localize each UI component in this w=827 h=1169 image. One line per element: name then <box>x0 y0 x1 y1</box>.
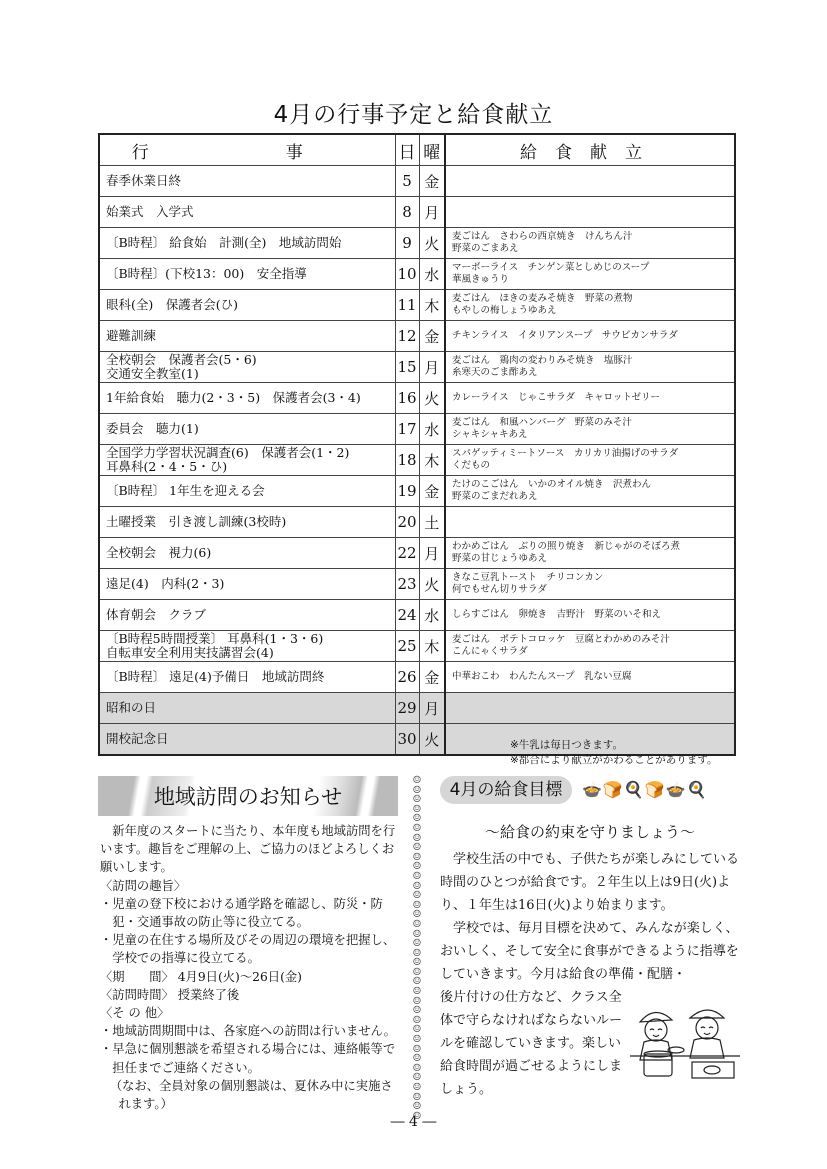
event-cell: 全校朝会 保護者会(5・6)交通安全教室(1) <box>99 352 395 383</box>
time-line: 〈訪問時間〉 授業終了後 <box>100 986 400 1004</box>
table-row: 眼科(全) 保護者会(ひ)11木麦ごはん ほきの麦みそ焼き 野菜の煮物もやしの梅… <box>99 290 735 321</box>
header-menu: 給食献立 <box>445 134 735 166</box>
event-cell: 〔B時程〕 1年生を迎える会 <box>99 476 395 507</box>
event-cell: 土曜授業 引き渡し訓練(3校時) <box>99 507 395 538</box>
day-cell: 11 <box>395 290 419 321</box>
menu-cell <box>445 197 735 228</box>
table-row: 委員会 聴力(1)17水麦ごはん 和風ハンバーグ 野菜のみそ汁シャキシャキあえ <box>99 414 735 445</box>
event-cell: 開校記念日 <box>99 724 395 756</box>
children-serving-illustration <box>630 1000 740 1080</box>
day-cell: 18 <box>395 445 419 476</box>
weekday-cell: 土 <box>419 507 445 538</box>
other-item: ・地域訪問期間中は、各家庭への訪問は行いません。 <box>100 1022 400 1040</box>
weekday-cell: 月 <box>419 538 445 569</box>
table-row: 全校朝会 視力(6)22月わかめごはん ぶりの照り焼き 新じゃがのそぼろ煮野菜の… <box>99 538 735 569</box>
page-number: ― 4 ― <box>0 1114 827 1130</box>
menu-cell: たけのこごはん いかのオイル焼き 沢煮わん野菜のごまだれあえ <box>445 476 735 507</box>
period-value: 4月9日(火)〜26日(金) <box>178 970 302 984</box>
day-cell: 15 <box>395 352 419 383</box>
visit-notice: 新年度のスタートに当たり、本年度も地域訪問を行います。趣旨をご理解の上、ご協力の… <box>100 822 400 1113</box>
weekday-cell: 火 <box>419 228 445 259</box>
weekday-cell: 水 <box>419 259 445 290</box>
lunch-goal-subtitle: 〜給食の約束を守りましょう〜 <box>440 821 740 842</box>
day-cell: 19 <box>395 476 419 507</box>
day-cell: 5 <box>395 166 419 197</box>
menu-cell: 麦ごはん さわらの西京焼き けんちん汁野菜のごまあえ <box>445 228 735 259</box>
weekday-cell: 木 <box>419 631 445 662</box>
other-note: （なお、全員対象の個別懇談は、夏休み中に実施されます。） <box>100 1077 400 1113</box>
schedule-menu-table: 行 事 日 曜 給食献立 春季休業日終5金始業式 入学式8月〔B時程〕 給食始 … <box>98 133 736 756</box>
day-cell: 9 <box>395 228 419 259</box>
menu-cell: しらすごはん 卵焼き 吉野汁 野菜のいそ和え <box>445 600 735 631</box>
event-cell: 春季休業日終 <box>99 166 395 197</box>
goal-para-1: 学校生活の中でも、子供たちが楽しみにしている時間のひとつが給食です。２年生以上は… <box>440 848 740 917</box>
menu-cell: 麦ごはん 和風ハンバーグ 野菜のみそ汁シャキシャキあえ <box>445 414 735 445</box>
weekday-cell: 水 <box>419 600 445 631</box>
note-milk: ※牛乳は毎日つきます。 <box>510 738 717 753</box>
weekday-cell: 月 <box>419 197 445 228</box>
event-cell: 〔B時程5時間授業〕 耳鼻科(1・3・6)自転車安全利用実技講習会(4) <box>99 631 395 662</box>
event-cell: 全国学力学習状況調査(6) 保護者会(1・2)耳鼻科(2・4・5・ひ) <box>99 445 395 476</box>
weekday-cell: 火 <box>419 383 445 414</box>
weekday-cell: 金 <box>419 476 445 507</box>
event-cell: 〔B時程〕 給食始 計測(全) 地域訪問始 <box>99 228 395 259</box>
day-cell: 30 <box>395 724 419 756</box>
day-cell: 16 <box>395 383 419 414</box>
day-cell: 10 <box>395 259 419 290</box>
event-cell: 〔B時程〕(下校13：00) 安全指導 <box>99 259 395 290</box>
menu-cell: スパゲッティミートソース カリカリ油揚げのサラダくだもの <box>445 445 735 476</box>
weekday-cell: 火 <box>419 724 445 756</box>
day-cell: 29 <box>395 693 419 724</box>
weekday-cell: 木 <box>419 290 445 321</box>
event-cell: 始業式 入学式 <box>99 197 395 228</box>
table-row: 始業式 入学式8月 <box>99 197 735 228</box>
table-row: 〔B時程〕 給食始 計測(全) 地域訪問始9火麦ごはん さわらの西京焼き けんち… <box>99 228 735 259</box>
day-cell: 12 <box>395 321 419 352</box>
table-row: 全校朝会 保護者会(5・6)交通安全教室(1)15月麦ごはん 鶏肉の変わりみそ焼… <box>99 352 735 383</box>
time-label: 〈訪問時間〉 <box>100 988 174 1002</box>
smiley-divider: ☺☺☺☺☺☺☺☺☺☺☺☺☺☺☺☺☺☺☺☺☺☺☺☺☺☺☺☺☺☺☺☺☺☺☺☺ <box>410 776 424 1121</box>
header-weekday: 曜 <box>419 134 445 166</box>
food-icons: 🍲🍞🍳🍞🍲🍳 <box>582 780 708 799</box>
table-row: 〔B時程5時間授業〕 耳鼻科(1・3・6)自転車安全利用実技講習会(4)25木麦… <box>99 631 735 662</box>
event-cell: 眼科(全) 保護者会(ひ) <box>99 290 395 321</box>
table-row: 〔B時程〕 1年生を迎える会19金たけのこごはん いかのオイル焼き 沢煮わん野菜… <box>99 476 735 507</box>
menu-cell: カレーライス じゃこサラダ キャロットゼリー <box>445 383 735 414</box>
event-cell: 遠足(4) 内科(2・3) <box>99 569 395 600</box>
other-item: ・早急に個別懇談を希望される場合には、連絡帳等で担任までご連絡ください。 <box>100 1040 400 1076</box>
table-notes: ※牛乳は毎日つきます。 ※都合により献立がかわることがあります。 <box>510 738 717 768</box>
event-cell: 避難訓練 <box>99 321 395 352</box>
page-title: 4月の行事予定と給食献立 <box>0 96 827 129</box>
event-cell: 1年給食始 聴力(2・3・5) 保護者会(3・4) <box>99 383 395 414</box>
header-day: 日 <box>395 134 419 166</box>
weekday-cell: 金 <box>419 662 445 693</box>
table-row: 避難訓練12金チキンライス イタリアンスープ サウビカンサラダ <box>99 321 735 352</box>
event-cell: 〔B時程〕 遠足(4)予備日 地域訪問終 <box>99 662 395 693</box>
weekday-cell: 金 <box>419 166 445 197</box>
day-cell: 26 <box>395 662 419 693</box>
weekday-cell: 木 <box>419 445 445 476</box>
day-cell: 24 <box>395 600 419 631</box>
other-heading: 〈そ の 他〉 <box>100 1004 400 1022</box>
table-row: 〔B時程〕 遠足(4)予備日 地域訪問終26金中華おこわ わんたんスープ 乳ない… <box>99 662 735 693</box>
menu-cell: 中華おこわ わんたんスープ 乳ない豆腐 <box>445 662 735 693</box>
purpose-item: ・児童の登下校における通学路を確認し、防災・防犯・交通事故の防止等に役立てる。 <box>100 895 400 931</box>
weekday-cell: 月 <box>419 693 445 724</box>
day-cell: 22 <box>395 538 419 569</box>
table-row: 1年給食始 聴力(2・3・5) 保護者会(3・4)16火カレーライス じゃこサラ… <box>99 383 735 414</box>
day-cell: 17 <box>395 414 419 445</box>
period-label: 〈期 間〉 <box>100 970 174 984</box>
event-cell: 全校朝会 視力(6) <box>99 538 395 569</box>
menu-cell: きなこ豆乳トースト チリコンカン何でもせん切りサラダ <box>445 569 735 600</box>
lunch-goal-badge: 4月の給食目標 <box>440 776 572 804</box>
day-cell: 23 <box>395 569 419 600</box>
menu-cell <box>445 693 735 724</box>
visit-title: 地域訪問のお知らせ <box>98 781 398 811</box>
table-row: 昭和の日29月 <box>99 693 735 724</box>
day-cell: 25 <box>395 631 419 662</box>
weekday-cell: 火 <box>419 569 445 600</box>
event-cell: 昭和の日 <box>99 693 395 724</box>
event-cell: 体育朝会 クラブ <box>99 600 395 631</box>
table-row: 土曜授業 引き渡し訓練(3校時)20土 <box>99 507 735 538</box>
header-event: 行 事 <box>99 134 395 166</box>
weekday-cell: 月 <box>419 352 445 383</box>
menu-cell: 麦ごはん ほきの麦みそ焼き 野菜の煮物もやしの梅しょうゆあえ <box>445 290 735 321</box>
table-row: 全国学力学習状況調査(6) 保護者会(1・2)耳鼻科(2・4・5・ひ)18木スパ… <box>99 445 735 476</box>
weekday-cell: 金 <box>419 321 445 352</box>
table-row: 〔B時程〕(下校13：00) 安全指導10水マーボーライス チンゲン菜としめじの… <box>99 259 735 290</box>
purpose-item: ・児童の在住する場所及びその周辺の環境を把握し、学校での指導に役立てる。 <box>100 931 400 967</box>
table-row: 遠足(4) 内科(2・3)23火きなこ豆乳トースト チリコンカン何でもせん切りサ… <box>99 569 735 600</box>
weekday-cell: 水 <box>419 414 445 445</box>
goal-para-2b: 後片付けの仕方など、クラス全体で守らなければならないルールを確認していきます。楽… <box>440 986 625 1101</box>
menu-cell: 麦ごはん ポテトコロッケ 豆腐とわかめのみそ汁こんにゃくサラダ <box>445 631 735 662</box>
event-cell: 委員会 聴力(1) <box>99 414 395 445</box>
table-row: 体育朝会 クラブ24水しらすごはん 卵焼き 吉野汁 野菜のいそ和え <box>99 600 735 631</box>
table-row: 春季休業日終5金 <box>99 166 735 197</box>
menu-cell <box>445 166 735 197</box>
menu-cell: マーボーライス チンゲン菜としめじのスープ華風きゅうり <box>445 259 735 290</box>
menu-cell: わかめごはん ぶりの照り焼き 新じゃがのそぼろ煮野菜の甘じょうゆあえ <box>445 538 735 569</box>
visit-intro: 新年度のスタートに当たり、本年度も地域訪問を行います。趣旨をご理解の上、ご協力の… <box>100 822 400 877</box>
menu-cell <box>445 507 735 538</box>
goal-para-2a: 学校では、毎月目標を決めて、みんなが楽しく、おいしく、そして安全に食事ができるよ… <box>440 917 740 986</box>
day-cell: 8 <box>395 197 419 228</box>
menu-cell: チキンライス イタリアンスープ サウビカンサラダ <box>445 321 735 352</box>
menu-cell: 麦ごはん 鶏肉の変わりみそ焼き 塩豚汁糸寒天のごま酢あえ <box>445 352 735 383</box>
period-line: 〈期 間〉 4月9日(火)〜26日(金) <box>100 968 400 986</box>
purpose-heading: 〈訪問の趣旨〉 <box>100 877 400 895</box>
day-cell: 20 <box>395 507 419 538</box>
time-value: 授業終了後 <box>178 988 240 1002</box>
note-menu-change: ※都合により献立がかわることがあります。 <box>510 753 717 768</box>
